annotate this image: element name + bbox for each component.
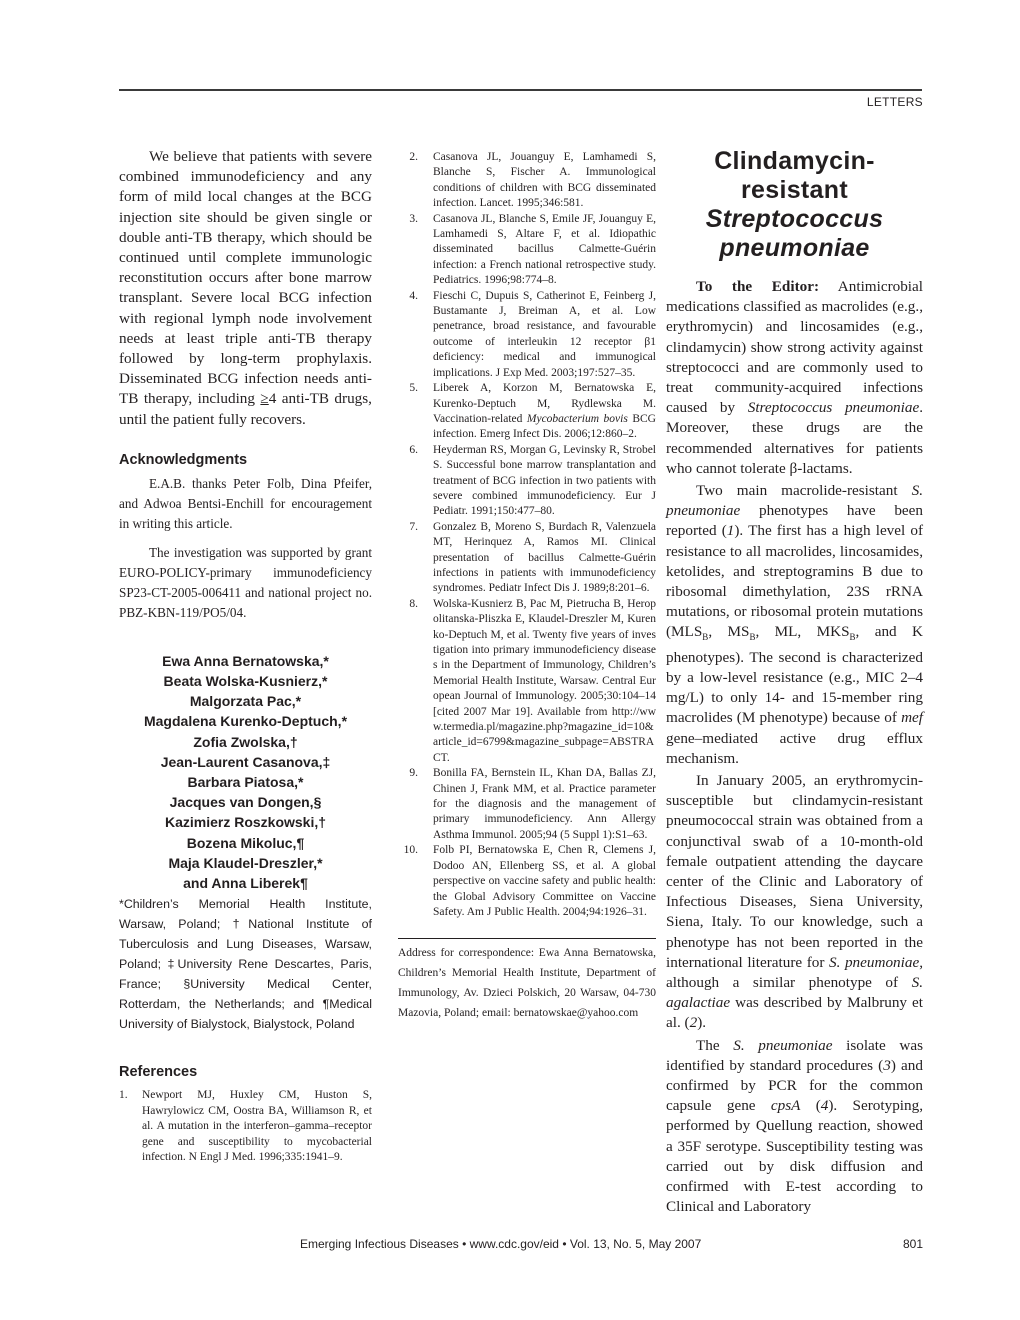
citation-link[interactable]: 3 — [883, 1057, 891, 1074]
body-paragraph: We believe that patients with severe com… — [119, 147, 372, 430]
reference-text: Bonilla FA, Bernstein IL, Khan DA, Balla… — [433, 766, 656, 843]
species-name: Mycobacterium bovis — [527, 413, 628, 425]
reference-item: 6. Heyderman RS, Morgan G, Levinsky R, S… — [398, 443, 656, 520]
reference-number: 6. — [398, 443, 433, 520]
right-column: Clindamycin- resistant Streptococcus pne… — [666, 147, 923, 1217]
reference-number: 10. — [398, 843, 433, 920]
reference-item: 2. Casanova JL, Jouanguy E, Lamhamedi S,… — [398, 150, 656, 212]
to-the-editor-lead: To the Editor: — [696, 278, 819, 295]
reference-text: Wolska-Kusnierz B, Pac M, Pietrucha B, H… — [433, 597, 656, 766]
reference-item: 7. Gonzalez B, Moreno S, Burdach R, Vale… — [398, 520, 656, 597]
author-name: Magdalena Kurenko-Deptuch,* — [119, 711, 372, 731]
author-affiliations: *Children’s Memorial Health Institute, W… — [119, 894, 372, 1034]
author-name: Jean-Laurent Casanova,‡ — [119, 752, 372, 772]
body-paragraph: The S. pneumoniae isolate was identified… — [666, 1036, 923, 1218]
reference-item: 3. Casanova JL, Blanche S, Emile JF, Jou… — [398, 212, 656, 289]
reference-text: Casanova JL, Blanche S, Emile JF, Jouang… — [433, 212, 656, 289]
reference-text: Gonzalez B, Moreno S, Burdach R, Valenzu… — [433, 520, 656, 597]
article-title: Clindamycin- resistant Streptococcus pne… — [666, 147, 923, 263]
author-name: Malgorzata Pac,* — [119, 691, 372, 711]
author-name: Barbara Piatosa,* — [119, 772, 372, 792]
reference-number: 4. — [398, 289, 433, 381]
author-name: Zofia Zwolska,† — [119, 732, 372, 752]
correspondence-rule — [398, 938, 656, 939]
author-name: Ewa Anna Bernatowska,* — [119, 651, 372, 671]
reference-text: Liberek A, Korzon M, Bernatowska E, Kure… — [433, 381, 656, 443]
correspondence-address: Address for correspondence: Ewa Anna Ber… — [398, 943, 656, 1023]
author-name: Beata Wolska-Kusnierz,* — [119, 671, 372, 691]
reference-item: 10. Folb PI, Bernatowska E, Chen R, Clem… — [398, 843, 656, 920]
reference-item: 4. Fieschi C, Dupuis S, Catherinot E, Fe… — [398, 289, 656, 381]
body-paragraph: To the Editor: Antimicrobial medications… — [666, 277, 923, 479]
body-paragraph: In January 2005, an erythromycin-suscept… — [666, 771, 923, 1034]
reference-number: 9. — [398, 766, 433, 843]
acknowledgments-heading: Acknowledgments — [119, 452, 372, 468]
reference-text: Fieschi C, Dupuis S, Catherinot E, Feinb… — [433, 289, 656, 381]
body-paragraph: Two main macrolide-resistant S. pneumoni… — [666, 481, 923, 769]
references-heading: References — [119, 1064, 372, 1080]
reference-text: Newport MJ, Huxley CM, Huston S, Hawrylo… — [142, 1088, 372, 1165]
reference-item: 5. Liberek A, Korzon M, Bernatowska E, K… — [398, 381, 656, 443]
reference-number: 3. — [398, 212, 433, 289]
author-name: Maja Klaudel-Dreszler,* — [119, 853, 372, 873]
page-number: 801 — [903, 1237, 923, 1251]
left-column: We believe that patients with severe com… — [119, 147, 372, 1165]
reference-number: 8. — [398, 597, 433, 766]
acknowledgment-paragraph: E.A.B. thanks Peter Folb, Dina Pfeifer, … — [119, 474, 372, 534]
reference-item: 9. Bonilla FA, Bernstein IL, Khan DA, Ba… — [398, 766, 656, 843]
reference-number: 1. — [119, 1088, 142, 1165]
acknowledgment-paragraph: The investigation was supported by grant… — [119, 543, 372, 623]
reference-number: 5. — [398, 381, 433, 443]
journal-footer: Emerging Infectious Diseases • www.cdc.g… — [300, 1237, 701, 1251]
author-name: Bozena Mikoluc,¶ — [119, 833, 372, 853]
reference-number: 7. — [398, 520, 433, 597]
reference-item: 8. Wolska-Kusnierz B, Pac M, Pietrucha B… — [398, 597, 656, 766]
author-name: and Anna Liberek¶ — [119, 873, 372, 893]
author-list: Ewa Anna Bernatowska,* Beata Wolska-Kusn… — [119, 651, 372, 893]
middle-column: 2. Casanova JL, Jouanguy E, Lamhamedi S,… — [398, 150, 656, 1023]
header-rule — [119, 89, 922, 91]
section-label: LETTERS — [867, 95, 923, 109]
reference-item: 1. Newport MJ, Huxley CM, Huston S, Hawr… — [119, 1088, 372, 1165]
author-name: Kazimierz Roszkowski,† — [119, 812, 372, 832]
reference-number: 2. — [398, 150, 433, 212]
reference-text: Heyderman RS, Morgan G, Levinsky R, Stro… — [433, 443, 656, 520]
reference-text: Casanova JL, Jouanguy E, Lamhamedi S, Bl… — [433, 150, 656, 212]
reference-text: Folb PI, Bernatowska E, Chen R, Clemens … — [433, 843, 656, 920]
geq-symbol: ≥ — [260, 390, 268, 407]
author-name: Jacques van Dongen,§ — [119, 792, 372, 812]
